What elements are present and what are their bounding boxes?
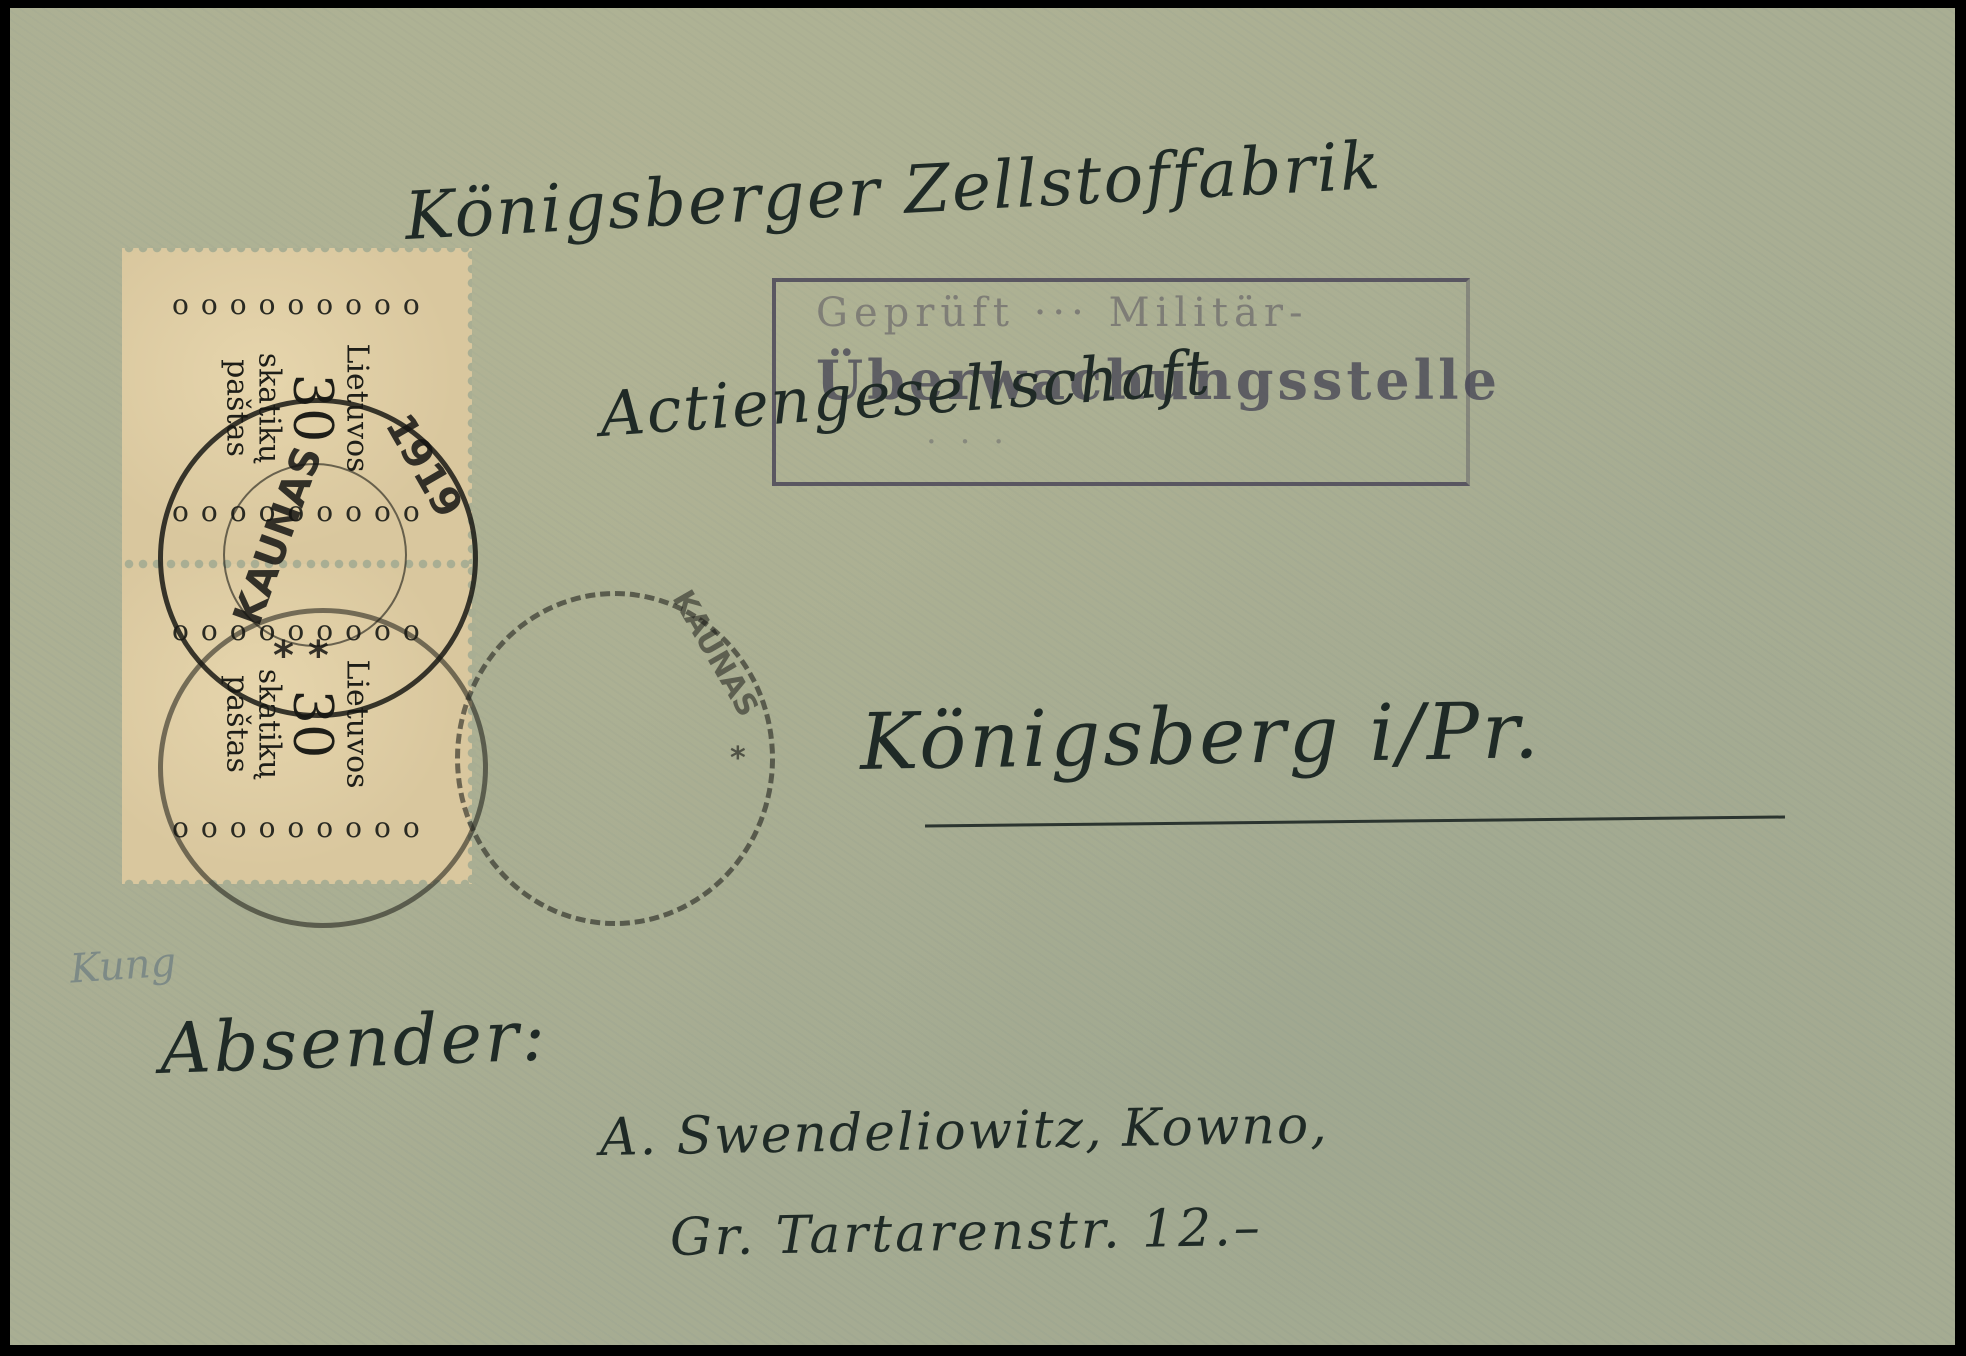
sender-name-line: A. Swendeliowitz, Kowno, xyxy=(599,1095,1329,1168)
postmark-kaunas-lower xyxy=(158,608,488,928)
sender-label: Absender: xyxy=(159,994,550,1089)
postmark-town: KAUNAS xyxy=(665,584,765,723)
city-underline xyxy=(925,815,1785,827)
postmark-town: KAUNAS xyxy=(225,441,332,632)
censor-top-text: Geprüft ··· Militär- xyxy=(816,290,1308,336)
recipient-city: Königsberg i/Pr. xyxy=(859,686,1542,788)
envelope: Geprüft ··· Militär- Überwachungsstelle … xyxy=(10,8,1955,1345)
censor-bottom-text: · · · xyxy=(926,422,1010,462)
recipient-line-1: Königsberger Zellstoffabrik xyxy=(403,127,1384,255)
stamp-dot-border: ooooooooo xyxy=(172,288,442,321)
sender-street-line: Gr. Tartarenstr. 12.– xyxy=(669,1198,1263,1268)
pencil-note: Kung xyxy=(69,939,178,992)
postmark-year: 1919 xyxy=(376,406,472,525)
postmark-ornament: * xyxy=(730,741,746,776)
postmark-kaunas-faint: KAUNAS * xyxy=(455,591,775,926)
postmark-text: KAUNAS * xyxy=(460,596,770,921)
